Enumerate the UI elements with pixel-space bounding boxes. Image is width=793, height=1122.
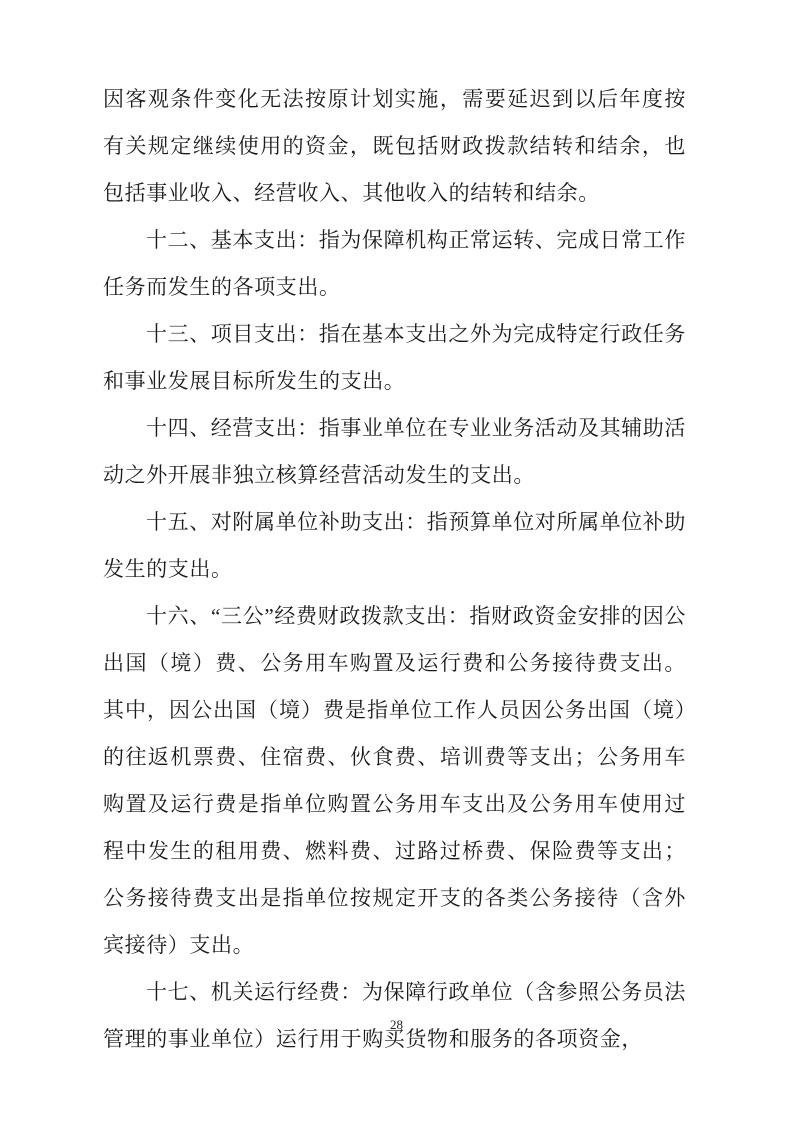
paragraph-item-12-basic-expenditure: 十二、基本支出：指为保障机构正常运转、完成日常工作任务而发生的各项支出。	[103, 217, 686, 311]
document-body: 因客观条件变化无法按原计划实施，需要延迟到以后年度按有关规定继续使用的资金，既包…	[103, 76, 686, 1063]
page-number: 28	[0, 1016, 793, 1034]
paragraph-item-16-three-public-funds: 十六、“三公”经费财政拨款支出：指财政资金安排的因公出国（境）费、公务用车购置及…	[103, 593, 686, 969]
paragraph-continuation: 因客观条件变化无法按原计划实施，需要延迟到以后年度按有关规定继续使用的资金，既包…	[103, 76, 686, 217]
paragraph-item-13-project-expenditure: 十三、项目支出：指在基本支出之外为完成特定行政任务和事业发展目标所发生的支出。	[103, 311, 686, 405]
paragraph-item-15-subsidy-expenditure: 十五、对附属单位补助支出：指预算单位对所属单位补助发生的支出。	[103, 499, 686, 593]
document-page: 因客观条件变化无法按原计划实施，需要延迟到以后年度按有关规定继续使用的资金，既包…	[0, 0, 793, 1122]
paragraph-item-14-operating-expenditure: 十四、经营支出：指事业单位在专业业务活动及其辅助活动之外开展非独立核算经营活动发…	[103, 405, 686, 499]
